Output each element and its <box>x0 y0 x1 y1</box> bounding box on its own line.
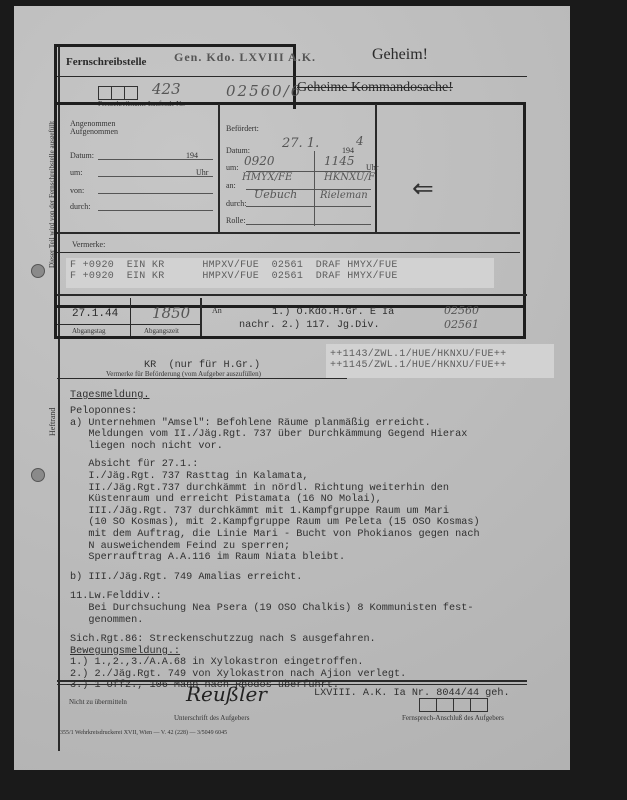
body-line: III./Jäg.Rgt. 737 durchkämmt mit 1.Kampf… <box>70 506 480 518</box>
code-box <box>111 86 125 100</box>
dispatch-time: 1850 <box>152 304 190 322</box>
forwarded-time-2: 1145 <box>324 154 355 168</box>
station-label: Fernschreibstelle <box>66 56 146 68</box>
recipient-1: 1.) O.Kdo.H.Gr. E Ia <box>272 307 394 319</box>
body-line: 2.) 2./Jäg.Rgt. 749 von Xylokastron nach… <box>70 669 480 681</box>
body-line: Küstenraum und erreicht Pistamata (16 NO… <box>70 494 480 506</box>
forwarded-to-1: HMYX/FE <box>242 172 292 183</box>
field-line <box>98 210 213 211</box>
signature-label: Unterschrift des Aufgebers <box>174 714 249 722</box>
body-line <box>70 626 480 634</box>
footer-rule <box>57 684 527 685</box>
field-line <box>57 324 200 325</box>
document-page: Dieser Teil wird von der Fernschreibstel… <box>14 6 570 770</box>
body-line: Absicht für 27.1.: <box>70 459 480 471</box>
body-line: mit dem Auftrag, die Linie Mari - Bucht … <box>70 529 480 541</box>
dispatch-time-label: Abgangszeit <box>144 327 179 335</box>
signature: Reußler <box>186 682 267 706</box>
body-line: 11.Lw.Felddiv.: <box>70 591 480 603</box>
unit-stamp: Gen. Kdo. LXVIII A.K. <box>174 50 316 65</box>
col-divider <box>200 298 202 336</box>
field-line <box>98 159 213 160</box>
col-divider <box>218 104 220 234</box>
code-box <box>124 86 138 100</box>
field-line <box>246 224 371 225</box>
forwarded-year-suffix: 4 <box>356 134 364 148</box>
recipient-2: nachr. 2.) 117. Jg.Div. <box>239 320 380 332</box>
field-line <box>246 171 371 172</box>
received-um-label: um: <box>70 168 82 177</box>
header-divider <box>57 76 527 77</box>
phone-box <box>470 698 488 712</box>
field-line <box>246 206 371 207</box>
body-line: I./Jäg.Rgt. 737 Rasttag in Kalamata, <box>70 471 480 483</box>
body-line: Peloponnes: <box>70 406 480 418</box>
heftrand-label: Heftrand <box>48 408 57 436</box>
recipient-ref-1: 02560 <box>444 304 479 317</box>
dispatch-day-label: Abgangstag <box>72 327 105 335</box>
dispatch-an-label: An <box>212 306 222 315</box>
received-title-2: Aufgenommen <box>70 127 118 136</box>
vermerke-divider <box>57 232 520 234</box>
not-transmit-label: Nicht zu übermitteln <box>69 698 127 706</box>
report-heading: Tagesmeldung. <box>70 390 149 402</box>
forwarded-um-label: um: <box>226 163 238 172</box>
phone-label: Fernsprech-Anschluß des Aufgebers <box>402 714 504 722</box>
forwarded-durch-label: durch: <box>226 199 246 208</box>
code-box <box>98 86 112 100</box>
phone-box <box>453 698 471 712</box>
body-line: Sich.Rgt.86: Streckenschutzzug nach S au… <box>70 634 480 646</box>
tape-line-2: ++1145/ZWL.1/HUE/HKNXU/FUE++ <box>326 360 554 371</box>
phone-box <box>436 698 454 712</box>
vermerke-line <box>57 252 520 253</box>
running-number: 423 <box>152 80 181 98</box>
recipient-ref-2: 02561 <box>444 318 479 331</box>
body-line: N ausweichendem Feind zu sperren; <box>70 541 480 553</box>
secret-label: Geheim! <box>372 46 428 64</box>
body-line: genommen. <box>70 615 480 627</box>
dispatch-day: 27.1.44 <box>72 308 118 320</box>
body-line <box>70 564 480 572</box>
field-line <box>98 193 213 194</box>
col-divider <box>130 298 131 336</box>
received-von-label: von: <box>70 186 84 195</box>
initials-mark: ⇐ <box>412 174 434 204</box>
vermerke-label: Vermerke: <box>72 240 105 249</box>
priority-line <box>57 378 347 379</box>
body-line: Bei Durchsuchung Nea Psera (19 OSO Chalk… <box>70 603 480 615</box>
body-line: liegen noch nicht vor. <box>70 441 480 453</box>
receipt-tape: ++1143/ZWL.1/HUE/HKNXU/FUE++ ++1145/ZWL.… <box>326 344 554 378</box>
phone-box <box>419 698 437 712</box>
field-line <box>98 176 213 177</box>
priority-label: Vermerke für Beförderung (vom Aufgeber a… <box>106 370 261 378</box>
body-line: II./Jäg.Rgt.737 durchkämmt in nördl. Ric… <box>70 483 480 495</box>
forwarded-date: 27. 1. <box>282 136 319 151</box>
forwarded-title: Befördert: <box>226 124 259 133</box>
body-line: (10 SO Kosmas), mit 2.Kampfgruppe Raum u… <box>70 517 480 529</box>
body-line: Sperrauftrag A.A.116 im Raum Niata bleib… <box>70 552 480 564</box>
forwarded-time-1: 0920 <box>244 154 275 168</box>
forwarded-rolle-label: Rolle: <box>226 216 246 225</box>
body-line: Bewegungsmeldung.: <box>70 646 480 658</box>
received-durch-label: durch: <box>70 202 90 211</box>
footer-rule <box>57 680 527 682</box>
vermerke-line-2: F +0920 EIN KR HMPXV/FUE 02561 DRAF HMYX… <box>66 271 494 282</box>
forwarded-by-2: Rieleman <box>320 190 368 201</box>
punch-hole <box>31 468 45 482</box>
print-info: 355/1 Wehrkreisdruckerei XVII, Wien — V.… <box>60 730 227 736</box>
body-line: a) Unternehmen "Amsel": Befohlene Räume … <box>70 418 480 430</box>
reference-number: 02560/6 <box>226 82 302 100</box>
forwarded-to-2: HKNXU/F <box>324 172 375 183</box>
top-secret-label: Geheime Kommandosache! <box>297 80 453 96</box>
vermerke-tape: F +0920 EIN KR HMPXV/FUE 02561 DRAF HMYX… <box>66 258 494 288</box>
punch-hole <box>31 264 45 278</box>
body-line: b) III./Jäg.Rgt. 749 Amalias erreicht. <box>70 572 480 584</box>
report-body: Peloponnes: a) Unternehmen "Amsel": Befo… <box>70 406 480 692</box>
tape-line-1: ++1143/ZWL.1/HUE/HKNXU/FUE++ <box>326 344 554 360</box>
vermerke-line-1: F +0920 EIN KR HMPXV/FUE 02561 DRAF HMYX… <box>66 258 494 271</box>
received-date-label: Datum: <box>70 151 94 160</box>
body-line: Meldungen vom II./Jäg.Rgt. 737 über Durc… <box>70 429 480 441</box>
field-line <box>246 189 371 190</box>
forwarded-an-label: an: <box>226 181 236 190</box>
body-line: 1.) 1.,2.,3./A.A.68 in Xylokastron einge… <box>70 657 480 669</box>
